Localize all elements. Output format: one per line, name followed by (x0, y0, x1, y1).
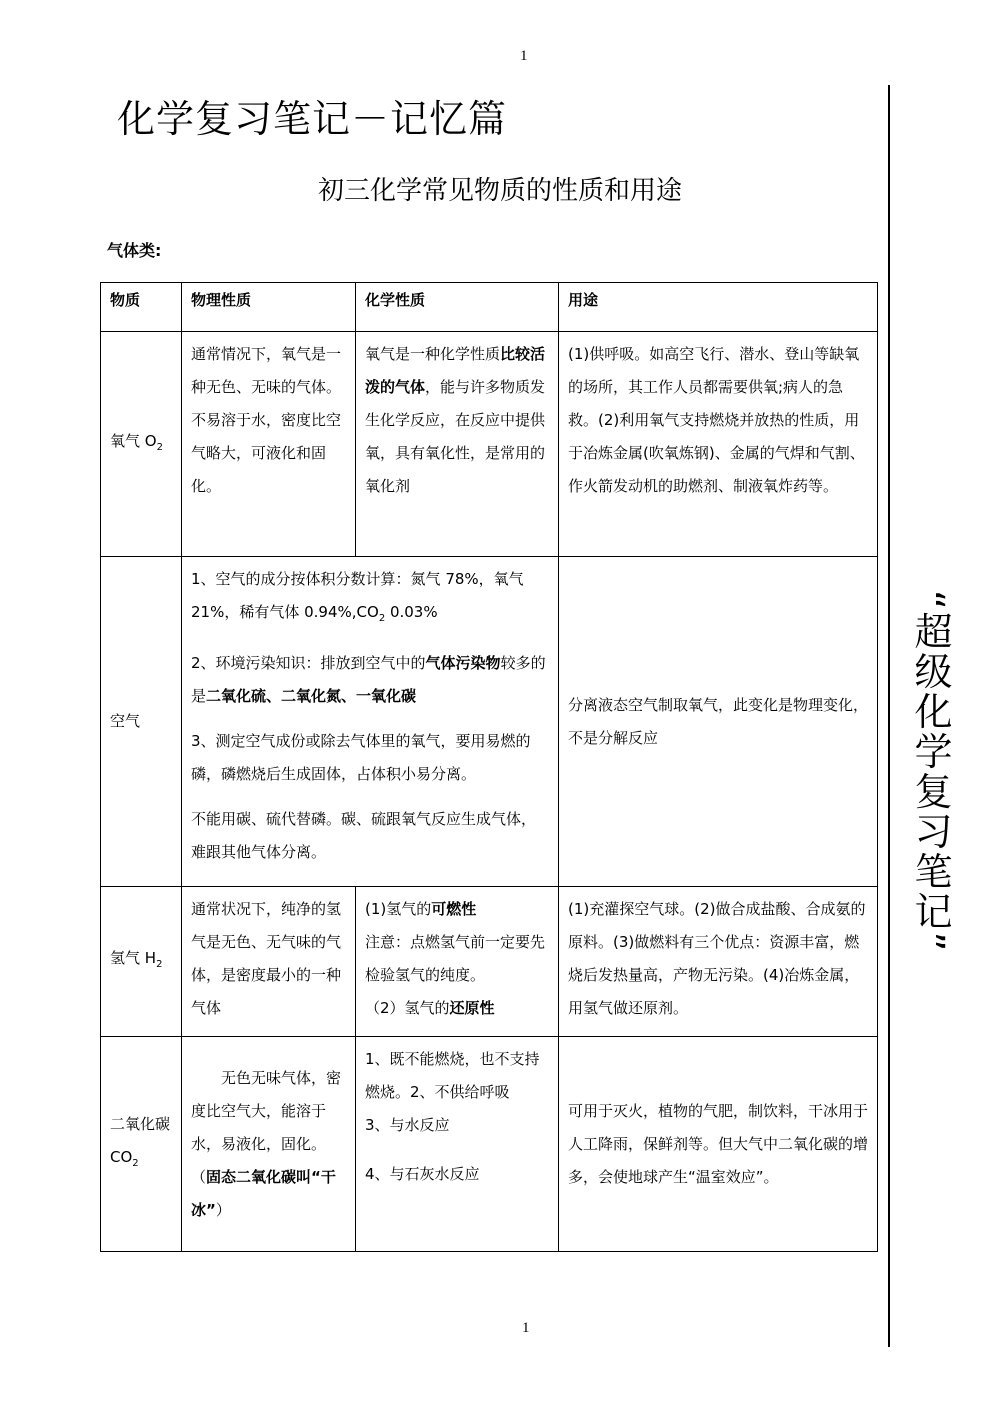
chem-line: 注意：点燃氢气前一定要先检验氢气的纯度。 (365, 926, 549, 992)
uses: (1)供呼吸。如高空飞行、潜水、登山等缺氧的场所，其工作人员都需要供氧;病人的急… (559, 332, 878, 557)
uses: (1)充灌探空气球。(2)做合成盐酸、合成氨的原料。(3)做燃料有三个优点：资源… (559, 887, 878, 1037)
side-banner: “超级化学复习笔记” (905, 590, 955, 953)
physical-properties: 通常状况下，纯净的氢气是无色、无气味的气体，是密度最小的一种气体 (182, 887, 356, 1037)
bold-text: 可燃性 (431, 900, 476, 918)
physical-properties: 通常情况下，氧气是一种无色、无味的气体。不易溶于水，密度比空气略大，可液化和固化… (182, 332, 356, 557)
bold-text: 还原性 (450, 999, 495, 1017)
subscript: 2 (157, 442, 163, 453)
table-row-hydrogen: 氢气 H2 通常状况下，纯净的氢气是无色、无气味的气体，是密度最小的一种气体 (… (101, 887, 878, 1037)
page-number-top: 1 (520, 48, 528, 65)
table-row-carbon-dioxide: 二氧化碳 CO2 无色无味气体，密度比空气大，能溶于水，易液化，固化。（固态二氧… (101, 1037, 878, 1252)
chemical-properties: (1)氢气的可燃性 注意：点燃氢气前一定要先检验氢气的纯度。 （2）氢气的还原性 (356, 887, 559, 1037)
table-header-row: 物质 物理性质 化学性质 用途 (101, 283, 878, 332)
bold-text: 气体污染物 (426, 654, 501, 672)
substance-label: 二氧化碳 CO (110, 1115, 170, 1166)
chem-line: 3、与水反应 (365, 1109, 549, 1142)
subscript: 2 (156, 959, 162, 970)
air-pollution: 2、环境污染知识：排放到空气中的气体污染物较多的是二氧化硫、二氧化氮、一氧化碳 (191, 647, 549, 713)
page-number-bottom: 1 (522, 1320, 530, 1337)
air-note: 不能用碳、硫代替磷。碳、硫跟氧气反应生成气体，难跟其他气体分离。 (191, 803, 549, 869)
text: 氧气是一种化学性质 (365, 345, 500, 363)
air-properties: 1、空气的成分按体积分数计算：氮气 78%，氧气 21%，稀有气体 0.94%,… (182, 557, 559, 887)
physical-properties: 无色无味气体，密度比空气大，能溶于水，易液化，固化。（固态二氧化碳叫“干冰”） (182, 1037, 356, 1252)
header-chemical: 化学性质 (356, 283, 559, 332)
bold-text: 固态二氧化碳叫“干冰” (191, 1168, 336, 1219)
chem-line: 4、与石灰水反应 (365, 1158, 549, 1191)
text: 2、环境污染知识：排放到空气中的 (191, 654, 426, 672)
side-divider (888, 85, 890, 1347)
gas-properties-table: 物质 物理性质 化学性质 用途 氧气 O2 通常情况下，氧气是一种无色、无味的气… (100, 282, 878, 1252)
air-composition: 1、空气的成分按体积分数计算：氮气 78%，氧气 21%，稀有气体 0.94%,… (191, 563, 549, 635)
chemical-properties: 1、既不能燃烧，也不支持燃烧。2、不供给呼吸 3、与水反应 4、与石灰水反应 (356, 1037, 559, 1252)
substance-label: 氢气 H (110, 949, 156, 967)
substance-name: 氢气 H2 (101, 887, 182, 1037)
text: (1)氢气的 (365, 900, 431, 918)
air-measurement: 3、测定空气成份或除去气体里的氧气，要用易燃的磷，磷燃烧后生成固体，占体积小易分… (191, 725, 549, 791)
table-row-oxygen: 氧气 O2 通常情况下，氧气是一种无色、无味的气体。不易溶于水，密度比空气略大，… (101, 332, 878, 557)
text: ） (216, 1201, 231, 1219)
header-uses: 用途 (559, 283, 878, 332)
chem-line: 1、既不能燃烧，也不支持燃烧。2、不供给呼吸 (365, 1043, 549, 1109)
table-row-air: 空气 1、空气的成分按体积分数计算：氮气 78%，氧气 21%，稀有气体 0.9… (101, 557, 878, 887)
text: （2）氢气的 (365, 999, 450, 1017)
subtitle: 初三化学常见物质的性质和用途 (318, 170, 682, 207)
chemical-properties: 氧气是一种化学性质比较活泼的气体，能与许多物质发生化学反应，在反应中提供氧，具有… (356, 332, 559, 557)
substance-name: 氧气 O2 (101, 332, 182, 557)
chem-line: （2）氢气的还原性 (365, 992, 549, 1025)
main-title: 化学复习笔记－记忆篇 (117, 88, 507, 143)
header-substance: 物质 (101, 283, 182, 332)
section-label: 气体类: (107, 238, 161, 261)
uses: 分离液态空气制取氧气，此变化是物理变化，不是分解反应 (559, 557, 878, 887)
subscript: 2 (132, 1158, 138, 1169)
text: 0.03% (385, 603, 437, 621)
bold-text: 二氧化硫、二氧化氮、一氧化碳 (206, 687, 416, 705)
chem-line: (1)氢气的可燃性 (365, 893, 549, 926)
substance-label: 氧气 O (110, 432, 157, 450)
header-physical: 物理性质 (182, 283, 356, 332)
text: 1、空气的成分按体积分数计算：氮气 78%，氧气 21%，稀有气体 0.94%,… (191, 570, 524, 621)
uses: 可用于灭火，植物的气肥，制饮料，干冰用于人工降雨，保鲜剂等。但大气中二氧化碳的增… (559, 1037, 878, 1252)
substance-name: 二氧化碳 CO2 (101, 1037, 182, 1252)
substance-name: 空气 (101, 557, 182, 887)
